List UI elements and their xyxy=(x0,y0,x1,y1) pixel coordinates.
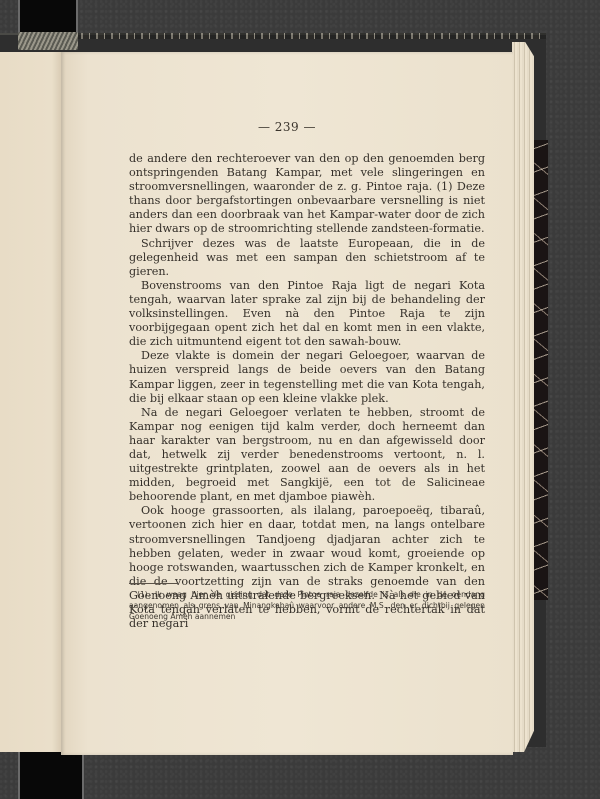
book-page: — 239 — de andere den rechteroever van d… xyxy=(61,52,513,755)
body-text: de andere den rechteroever van den op de… xyxy=(129,152,485,631)
paragraph: de andere den rechteroever van den op de… xyxy=(129,152,485,237)
left-cover-bottom xyxy=(18,752,84,799)
left-page xyxy=(0,52,61,752)
headband xyxy=(18,32,78,50)
page-number: — 239 — xyxy=(61,120,513,134)
footnote: (1). Ik waag hier de gissing dat deze Pi… xyxy=(129,589,485,623)
left-cover-top xyxy=(18,0,78,34)
cover-marbled-edge xyxy=(60,33,546,39)
paragraph: Na de negari Geloegoer verlaten te hebbe… xyxy=(129,406,485,505)
paragraph: Bovenstrooms van den Pintoe Raja ligt de… xyxy=(129,279,485,349)
footnote-divider xyxy=(129,583,177,584)
paragraph: Deze vlakte is domein der negari Geloego… xyxy=(129,349,485,405)
paragraph: Schrijver dezes was de laatste Europeaan… xyxy=(129,237,485,279)
page-stack-edge xyxy=(512,42,534,752)
footnote-text: (1). Ik waag hier de gissing dat deze Pi… xyxy=(129,589,485,623)
